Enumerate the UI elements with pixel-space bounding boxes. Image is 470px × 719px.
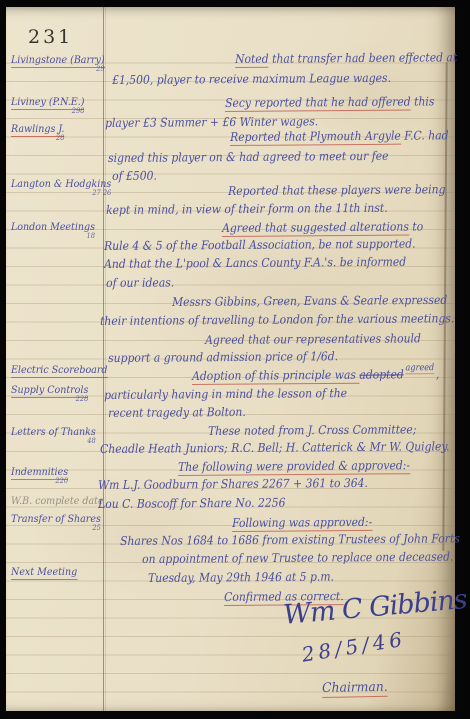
- line-segment: Reported that these players were being: [228, 182, 446, 198]
- manuscript-line: £1,500, player to receive maximum League…: [112, 71, 391, 87]
- line-segment: Agreed that our representatives should: [205, 331, 421, 347]
- manuscript-line: Shares Nos 1684 to 1686 from existing Tr…: [120, 531, 460, 548]
- manuscript-line: of £500.: [112, 169, 157, 183]
- manuscript-line: recent tragedy at Bolton.: [108, 405, 246, 420]
- margin-heading: Livingstone (Barry)29: [11, 55, 105, 73]
- margin-heading: London Meetings18: [11, 222, 95, 240]
- line-segment: support a ground admission price of 1/6d…: [108, 349, 338, 365]
- manuscript-line: Reported that these players were being: [228, 182, 446, 198]
- line-segment: Tuesday, May 29th 1946 at 5 p.m.: [148, 570, 334, 585]
- margin-heading: Supply Controls228: [11, 385, 88, 403]
- line-segment: Shares Nos 1684 to 1686 from existing Tr…: [120, 531, 460, 548]
- manuscript-line: of our ideas.: [106, 275, 174, 290]
- line-segment: Secy reported that he had offered: [225, 95, 411, 112]
- line-segment: And that the L'pool & Lancs County F.A.'…: [104, 255, 406, 271]
- line-segment: £1,500, player to receive maximum League…: [112, 71, 391, 87]
- manuscript-line: Agreed that suggested alterations to: [222, 219, 423, 235]
- line-segment: Lou C. Boscoff for Share No. 2256: [98, 496, 286, 511]
- margin-heading: Liviney (P.N.E.)298: [11, 97, 84, 115]
- margin-heading: Electric Scoreboard: [11, 365, 107, 376]
- manuscript-line: Lou C. Boscoff for Share No. 2256: [98, 496, 286, 511]
- margin-ref-number: 48: [11, 437, 96, 445]
- manuscript-line: player £3 Summer + £6 Winter wages.: [105, 114, 318, 130]
- margin-heading: Next Meeting: [11, 567, 77, 578]
- line-segment: their intentions of travelling to London…: [100, 311, 454, 328]
- manuscript-line: kept in mind, in view of their form on t…: [106, 201, 388, 217]
- margin-heading-label: Transfer of Shares: [11, 514, 101, 525]
- line-segment: of £500.: [112, 169, 157, 183]
- line-segment: The following were provided & approved:-: [178, 458, 410, 476]
- margin-ref-number: 25: [11, 524, 101, 532]
- manuscript-line: These noted from J. Cross Committee;: [208, 422, 416, 438]
- scanned-minute-book: 231 Livingstone (Barry)29Liviney (P.N.E.…: [0, 0, 470, 719]
- manuscript-line: support a ground admission price of 1/6d…: [108, 349, 338, 365]
- manuscript-line: The following were provided & approved:-: [178, 458, 410, 474]
- line-segment: Reported that Plymouth Argyle: [230, 129, 401, 146]
- line-segment: to: [409, 219, 423, 233]
- line-segment: kept in mind, in view of their form on t…: [106, 201, 388, 217]
- margin-heading-label: Electric Scoreboard: [11, 365, 107, 378]
- manuscript-line: Cheadle Heath Juniors; R.C. Bell; H. Cat…: [100, 439, 450, 456]
- manuscript-line: their intentions of travelling to London…: [100, 311, 454, 328]
- margin-heading-label: Next Meeting: [11, 567, 77, 580]
- margin-heading: W.B. complete date: [11, 496, 104, 507]
- margin-heading-label: W.B. complete date: [11, 496, 104, 507]
- line-segment: Adoption of this principle was: [192, 368, 359, 385]
- ledger-page: 231 Livingstone (Barry)29Liviney (P.N.E.…: [6, 7, 455, 711]
- line-segment: Agreed that suggested alterations: [222, 220, 409, 237]
- line-segment: signed this player on & had agreed to me…: [108, 149, 389, 165]
- line-segment: F.C. had: [401, 128, 449, 142]
- margin-heading-label: Livingstone (Barry): [11, 55, 105, 68]
- manuscript-line: Following was approved:-: [232, 515, 372, 530]
- margin-heading: Indemnities220: [11, 467, 68, 485]
- manuscript-line: Noted that transfer had been effected at: [235, 50, 457, 66]
- line-segment: of our ideas.: [106, 275, 174, 290]
- manuscript-line: Reported that Plymouth Argyle F.C. had: [230, 128, 449, 144]
- margin-heading: Rawlings J.28: [11, 124, 64, 142]
- line-segment: this: [411, 94, 435, 108]
- manuscript-line: Agreed that our representatives should: [205, 331, 421, 347]
- margin-heading-label: London Meetings: [11, 222, 95, 233]
- line-segment: Following was approved:-: [232, 515, 372, 532]
- line-segment: recent tragedy at Bolton.: [108, 405, 246, 420]
- manuscript-line: Wm L.J. Goodburn for Shares 2267 + 361 t…: [98, 476, 368, 492]
- margin-heading: Langton & Hodgkins27 26: [11, 179, 111, 197]
- signature-role: Chairman.: [322, 680, 388, 698]
- line-segment: Noted: [235, 52, 269, 68]
- manuscript-line: Rule 4 & 5 of the Football Association, …: [104, 237, 416, 253]
- line-segment: Rule 4 & 5 of the Football Association, …: [104, 237, 416, 253]
- line-segment: These noted from J. Cross Committee;: [208, 422, 416, 438]
- margin-heading: Letters of Thanks48: [11, 427, 96, 445]
- line-segment: Wm L.J. Goodburn for Shares 2267 + 361 t…: [98, 476, 368, 492]
- inserted-word: agreed: [406, 363, 435, 374]
- manuscript-line: Messrs Gibbins, Green, Evans & Searle ex…: [172, 293, 447, 309]
- line-segment: ,: [436, 367, 440, 381]
- margin-ref-number: 18: [11, 232, 95, 240]
- signature-date: 28/5/46: [300, 627, 408, 667]
- line-segment: Cheadle Heath Juniors; R.C. Bell; H. Cat…: [100, 439, 450, 456]
- manuscript-line: particularly having in mind the lesson o…: [104, 386, 347, 402]
- manuscript-line: Adoption of this principle was adoptedag…: [192, 367, 440, 384]
- manuscript-line: Secy reported that he had offered this: [225, 94, 434, 110]
- margin-ref-number: 27 26: [11, 189, 111, 197]
- line-segment: on appointment of new Trustee to replace…: [142, 550, 453, 566]
- manuscript-line: Tuesday, May 29th 1946 at 5 p.m.: [148, 570, 334, 585]
- manuscript-line: And that the L'pool & Lancs County F.A.'…: [104, 255, 406, 271]
- line-segment: particularly having in mind the lesson o…: [104, 386, 347, 402]
- margin-heading-label: Letters of Thanks: [11, 427, 96, 438]
- manuscript-line: on appointment of new Trustee to replace…: [142, 550, 453, 566]
- line-segment: player £3 Summer + £6 Winter wages.: [105, 114, 318, 130]
- page-number: 231: [28, 26, 73, 48]
- line-segment: that transfer had been effected at: [269, 50, 458, 65]
- red-margin-rule: [103, 7, 104, 711]
- strikethrough-word: adopted: [359, 367, 404, 381]
- margin-heading: Transfer of Shares25: [11, 514, 101, 532]
- manuscript-line: signed this player on & had agreed to me…: [108, 149, 389, 165]
- corner-notch: [450, 0, 470, 15]
- line-segment: Messrs Gibbins, Green, Evans & Searle ex…: [172, 293, 447, 309]
